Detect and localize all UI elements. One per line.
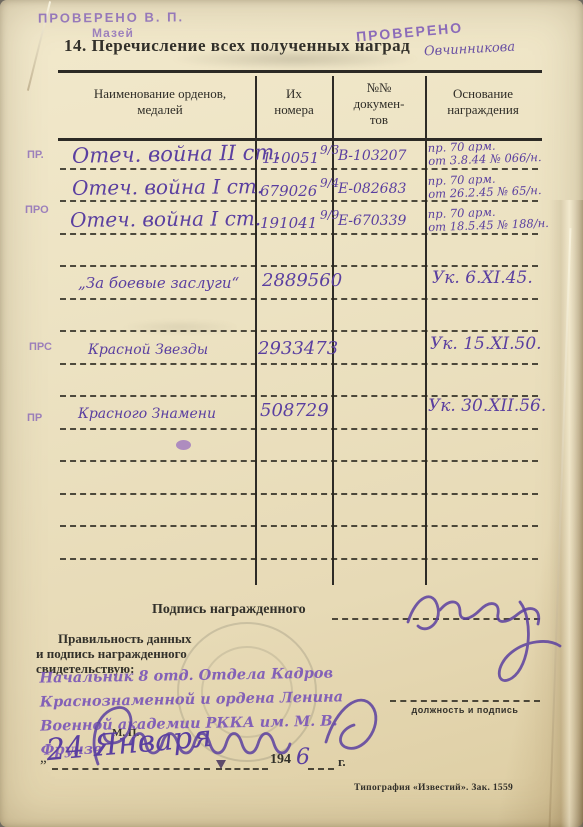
page-title: 14. Перечисление всех полученных наград <box>64 36 410 56</box>
award-basis: пр. 70 арм. от 26.2.45 № 65/н. <box>428 171 542 201</box>
verified-stamp-top-left: ПРОВЕРЕНО В. П. <box>38 9 184 25</box>
awardee-signature-label: Подпись награжденного <box>152 602 306 618</box>
column-header-basis: Основание награждения <box>428 86 538 118</box>
table-row-line <box>60 265 538 267</box>
verification-mark: 9/9 <box>320 208 339 222</box>
award-basis: Ук. 6.XI.45. <box>432 268 533 288</box>
award-basis: пр. 70 арм. от 18.5.45 № 188/н. <box>428 204 549 234</box>
table-row-line <box>60 330 538 332</box>
year-printed: 194 <box>270 752 291 768</box>
table-row-line <box>60 493 538 495</box>
awardee-signature-handwriting <box>398 578 573 693</box>
award-basis: Ук. 30.XII.56. <box>428 396 546 416</box>
award-name: Отеч. война II ст. <box>72 140 281 168</box>
award-number: 2933473 <box>258 338 338 359</box>
ink-blot <box>216 760 226 769</box>
year-line <box>308 768 334 770</box>
table-row-line <box>60 298 538 300</box>
date-day-line <box>52 768 210 770</box>
column-header-doc: №№ докумен- тов <box>335 80 423 128</box>
scanned-award-record-page: ПРОВЕРЕНО В. П. Мазей ПРОВЕРЕНО Овчинник… <box>0 0 583 827</box>
award-number: 2889560 <box>262 270 342 291</box>
year-digit-handwritten: 6 <box>296 745 310 770</box>
award-number: 508729 <box>260 400 329 421</box>
document-number: В-103207 <box>338 148 406 164</box>
table-row-line <box>60 363 538 365</box>
margin-stamp-fragment: ПР <box>27 412 42 424</box>
award-name: Отеч. война I ст. <box>72 174 263 200</box>
verification-mark: 9/4 <box>320 176 339 190</box>
award-name: „За боевые заслуги“ <box>78 274 239 292</box>
margin-stamp-fragment: ПРС <box>29 341 52 353</box>
award-number: 110051 <box>262 149 319 167</box>
table-row-line <box>60 428 538 430</box>
award-number: 679026 <box>260 182 317 200</box>
purple-ink-dot <box>176 440 191 450</box>
award-name: Красного Знамени <box>78 406 216 422</box>
award-name: Красной Звезды <box>88 342 208 358</box>
right-fold-crease <box>549 200 583 827</box>
document-number: Е-670339 <box>338 213 406 229</box>
table-row-line <box>60 200 538 202</box>
margin-stamp-fragment: ПРО <box>25 204 49 216</box>
table-row-line <box>60 168 538 170</box>
table-row-line <box>60 460 538 462</box>
award-basis: пр. 70 арм. от 3.8.44 № 066/н. <box>428 138 542 168</box>
column-header-number: Их номера <box>258 86 330 118</box>
table-row-line <box>60 558 538 560</box>
award-basis: Ук. 15.XI.50. <box>430 334 542 354</box>
award-name: Отеч. война I ст. <box>70 206 261 232</box>
column-header-name: Наименование орденов, медалей <box>70 86 250 118</box>
year-suffix: г. <box>338 754 346 770</box>
table-row-line <box>60 525 538 527</box>
award-number: 191041 <box>260 214 317 232</box>
verification-mark: 9/3 <box>320 143 339 157</box>
margin-stamp-fragment: ПР. <box>27 149 44 161</box>
table-row-line <box>60 233 538 235</box>
title-rule <box>58 70 542 73</box>
document-number: Е-082683 <box>338 181 406 197</box>
printer-note: Типография «Известий». Зак. 1559 <box>354 783 513 793</box>
